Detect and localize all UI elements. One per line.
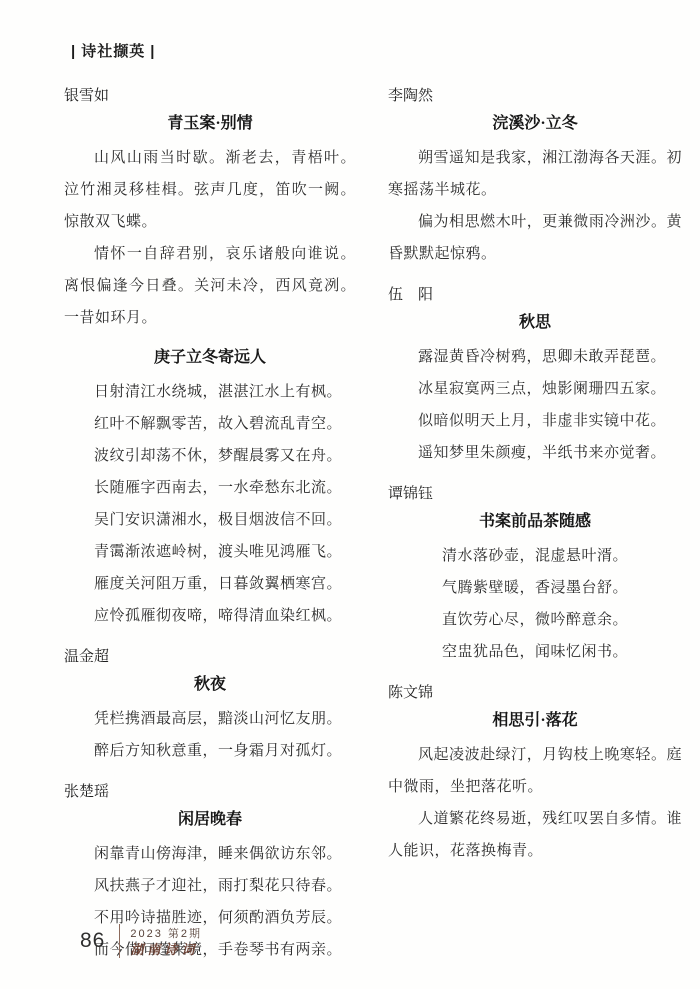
poem-line: 长随雁字西南去，一水牵愁东北流。 <box>64 472 356 504</box>
poem-title: 庚子立冬寄远人 <box>64 346 356 370</box>
page-footer: 86 2023 第2期 湖南诗词 <box>80 924 202 958</box>
page-number: 86 <box>80 929 105 953</box>
header-left-bar: | <box>71 43 76 60</box>
right-column: 李陶然 浣溪沙·立冬 朔雪遥知是我家，湘江渤海各天涯。初寒摇荡半城花。 偏为相思… <box>388 85 682 867</box>
poem-line: 似暗似明天上月，非虚非实镜中花。 <box>388 405 682 437</box>
poem-line: 波纹引却荡不休，梦醒晨雾又在舟。 <box>64 440 356 472</box>
poem-line: 应怜孤雁彻夜啼，啼得清血染红枫。 <box>64 600 356 632</box>
journal-page: |诗社撷英| 银雪如 青玉案·别情 山风山雨当时歇。渐老去，青梧叶。泣竹湘灵移桂… <box>0 0 700 989</box>
poem-stanza: 山风山雨当时歇。渐老去，青梧叶。泣竹湘灵移桂楫。弦声几度，笛吹一阙。惊散双飞蝶。 <box>64 142 356 238</box>
poem-title: 相思引·落花 <box>388 709 682 733</box>
poem-line: 清水落砂壶，混虚悬叶湑。 <box>388 540 682 572</box>
poem-line: 红叶不解飘零苦，故入碧流乱青空。 <box>64 408 356 440</box>
poem-stanza: 情怀一自辞君别，哀乐诸般向谁说。离恨偏逢今日叠。关河未冷，西风竟冽。一昔如环月。 <box>64 238 356 334</box>
section-header: |诗社撷英| <box>66 40 160 61</box>
poem-line: 雁度关河阻万重，日暮敛翼栖寒宫。 <box>64 568 356 600</box>
poem-title: 闲居晚春 <box>64 808 356 832</box>
section-title: 诗社撷英 <box>81 43 145 60</box>
poem-title: 秋思 <box>388 311 682 335</box>
author-name: 陈文锦 <box>388 682 682 703</box>
poem-line: 闲靠青山傍海津，睡来偶欲访东邻。 <box>64 838 356 870</box>
poem-title: 秋夜 <box>64 673 356 697</box>
poem-line: 遥知梦里朱颜瘦，半纸书来亦觉奢。 <box>388 437 682 469</box>
issue-label: 2023 第2期 <box>130 928 202 940</box>
author-name: 李陶然 <box>388 85 682 106</box>
poem-title: 书案前品茶随感 <box>388 510 682 534</box>
author-name: 银雪如 <box>64 85 356 106</box>
poem-stanza: 偏为相思燃木叶，更兼微雨冷洲沙。黄昏默默起惊鸦。 <box>388 206 682 270</box>
journal-info: 2023 第2期 湖南诗词 <box>130 925 202 958</box>
poem-line: 气腾紫壁暖，香浸墨台舒。 <box>388 572 682 604</box>
poem-line: 醉后方知秋意重，一身霜月对孤灯。 <box>64 735 356 767</box>
poem-title: 浣溪沙·立冬 <box>388 112 682 136</box>
poem-line: 冰星寂寞两三点，烛影阑珊四五家。 <box>388 373 682 405</box>
poem-stanza: 朔雪遥知是我家，湘江渤海各天涯。初寒摇荡半城花。 <box>388 142 682 206</box>
poem-line: 日射清江水绕城，湛湛江水上有枫。 <box>64 376 356 408</box>
poem-line: 凭栏携酒最高层，黯淡山河忆友朋。 <box>64 703 356 735</box>
author-name: 张楚瑶 <box>64 781 356 802</box>
author-name: 谭锦钰 <box>388 483 682 504</box>
poem-line: 直饮劳心尽，微吟醉意余。 <box>388 604 682 636</box>
poem-line: 露湿黄昏冷树鸦，思卿未敢弄琵琶。 <box>388 341 682 373</box>
footer-divider <box>119 924 120 958</box>
poem-line: 吴门安识潇湘水，极目烟波信不回。 <box>64 504 356 536</box>
left-column: 银雪如 青玉案·别情 山风山雨当时歇。渐老去，青梧叶。泣竹湘灵移桂楫。弦声几度，… <box>64 85 356 966</box>
poem-line: 空盅犹品色，闻味忆闲书。 <box>388 636 682 668</box>
poem-line: 风扶燕子才迎社，雨打梨花只待春。 <box>64 870 356 902</box>
poem-line: 青霭渐浓遮岭树，渡头唯见鸿雁飞。 <box>64 536 356 568</box>
author-name: 温金超 <box>64 646 356 667</box>
poem-stanza: 人道繁花终易逝，残红叹罢自多情。谁人能识，花落换梅青。 <box>388 803 682 867</box>
poem-stanza: 风起凌波赴绿汀，月钩枝上晚寒轻。庭中微雨，坐把落花听。 <box>388 739 682 803</box>
journal-title: 湖南诗词 <box>130 943 198 958</box>
header-right-bar: | <box>150 43 155 60</box>
poem-title: 青玉案·别情 <box>64 112 356 136</box>
author-name: 伍 阳 <box>388 284 682 305</box>
